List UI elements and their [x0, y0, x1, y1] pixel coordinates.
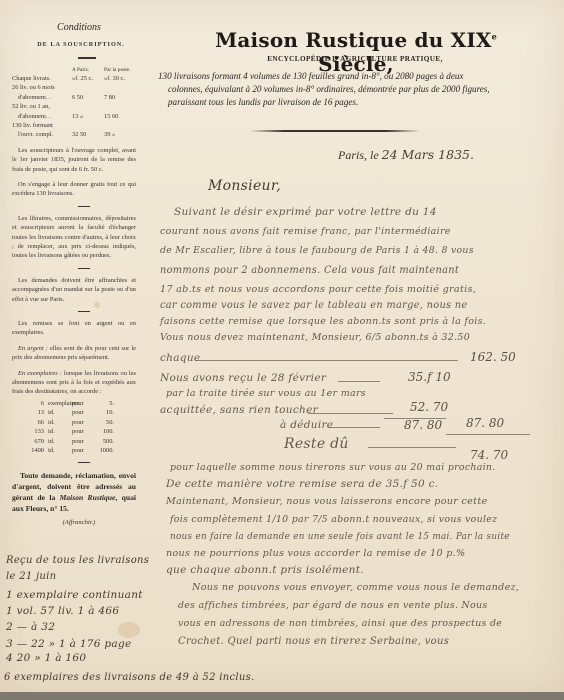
ledger-rule: [308, 413, 393, 414]
price-table: Chaque livrais. »f. 25 c. »f. 30 c. 26 l…: [12, 74, 136, 140]
letter-line: par la traite tirée sur vous au 1er mars: [166, 388, 366, 399]
letter-line: car comme vous le savez par le tableau e…: [160, 300, 468, 311]
letterhead-description: 130 livraisons formant 4 volumes de 130 …: [158, 70, 553, 109]
header-rule: [250, 130, 420, 132]
sum-rule: [446, 434, 530, 435]
letter-line: chaque: [160, 352, 200, 364]
letter-line: nous en faire la demande en une seule fo…: [170, 532, 510, 542]
letter-line: de Mr Escalier, libre à tous le faubourg…: [160, 245, 474, 256]
address-notice: Toute demande, réclamation, envoi d'arge…: [12, 470, 136, 514]
amount-recu: 35.f 10: [408, 370, 451, 384]
amount-reste-du: 74. 70: [470, 448, 508, 462]
letterhead-title: Maison Rustique du XIXe Siècle,: [186, 28, 526, 76]
price-row: 52 liv. ou 1 an,: [12, 102, 136, 111]
letter-line: Crochet. Quel parti nous en tirerez Serb…: [178, 636, 449, 647]
letter-line: Reste dû: [284, 436, 349, 452]
salutation: Monsieur,: [208, 178, 281, 194]
ledger-rule: [196, 360, 458, 361]
table-row: 670id.pour500.: [26, 437, 136, 446]
letter-line: vous en adressons de non timbrées, ainsi…: [178, 618, 502, 629]
ledger-rule: [338, 381, 380, 382]
margin-note-line: le 21 juin: [6, 571, 56, 582]
margin-note-line: 3 — 22 » 1 à 176 page: [6, 638, 132, 650]
margin-note-line: 6 exemplaires des livraisons de 49 à 52 …: [4, 672, 255, 683]
letter-line: acquittée, sans rien toucher: [160, 404, 318, 416]
dateline: Paris, le 24 Mars 1835.: [338, 147, 474, 163]
table-row: 6exemplairespour5.: [26, 399, 136, 408]
subscribers-paragraph: Les souscripteurs à l'ouvrage complet, a…: [12, 146, 136, 174]
price-table-header: A Paris. Par la poste.: [72, 67, 136, 74]
letter-line: nommons pour 2 abonnemens. Cela vous fai…: [160, 265, 459, 276]
letter-line: Nous ne pouvons vous envoyer, comme vous…: [192, 582, 519, 593]
ornament-rule: [78, 57, 96, 59]
margin-note-line: 4 20 » 1 à 160: [6, 652, 86, 664]
requests-paragraph: Les demandes doivent être affranchies et…: [12, 276, 136, 304]
table-row: 13id.pour10.: [26, 408, 136, 417]
letter-line: Suivant le désir exprimé par votre lettr…: [174, 206, 437, 218]
divider: [78, 268, 90, 269]
margin-note-line: Reçu de tous les livraisons: [6, 555, 149, 566]
divider: [78, 462, 90, 463]
divider: [78, 311, 90, 312]
amount-deduire-a: 87. 80: [404, 418, 442, 432]
divider: [78, 206, 90, 207]
booksellers-paragraph: Les libraires, commissionnaires, déposit…: [12, 214, 136, 261]
letter-line: que chaque abonn.t pris isolément.: [166, 564, 364, 576]
price-row: l'ouvr. compl. 32 50 39 »: [12, 130, 136, 139]
price-row: d'abonnem. . 13 » 15 60: [12, 112, 136, 121]
letter-line: pour laquelle somme nous tirerons sur vo…: [170, 462, 496, 473]
letter-line: à déduire: [280, 419, 333, 431]
letter-line: des affiches timbrées, par égard de nous…: [178, 600, 487, 611]
letter-line: 17 ab.ts et nous vous accordons pour cet…: [160, 284, 476, 295]
scan-edge: [0, 692, 564, 700]
amount-traite: 52. 70: [410, 400, 448, 414]
price-row: 130 liv. formant: [12, 121, 136, 130]
paper-stain: [118, 622, 140, 638]
exemplaires-table: 6exemplairespour5. 13id.pour10. 66id.pou…: [26, 399, 136, 455]
amount-chaque: 162. 50: [470, 350, 516, 364]
ledger-rule: [328, 427, 380, 428]
letter-line: faisons cette remise que lorsque les abo…: [160, 316, 486, 327]
letter-line: De cette manière votre remise sera de 35…: [166, 478, 438, 490]
letter-line: fois complètement 1/10 par 7/5 abonn.t n…: [170, 514, 497, 525]
header-paris: A Paris.: [72, 67, 104, 74]
table-row: 66id.pour50.: [26, 418, 136, 427]
free-issues-paragraph: On s'engage à leur donner gratis tout ce…: [12, 180, 136, 199]
margin-note-line: 2 — à 32: [6, 621, 55, 633]
price-row: 26 liv. ou 6 mois: [12, 83, 136, 92]
margin-note-line: 1 vol. 57 liv. 1 à 466: [6, 605, 119, 617]
letterhead-subtitle: ENCYCLOPÉDIE D'AGRICULTURE PRATIQUE,: [190, 55, 520, 63]
letter-line: courant nous avons fait remise franc, pa…: [160, 226, 451, 237]
letter-line: Nous avons reçu le 28 février: [160, 372, 326, 384]
conditions-subtitle: DE LA SOUSCRIPTION.: [26, 40, 136, 49]
letter-line: nous ne pourrions plus vous accorder la …: [166, 548, 465, 559]
header-poste: Par la poste.: [104, 67, 136, 74]
exemplaires-paragraph: En exemplaires : lorsque les livraisons …: [12, 369, 136, 397]
amount-deduire-b: 87. 80: [466, 416, 504, 430]
subscription-conditions: Conditions DE LA SOUSCRIPTION. A Paris. …: [12, 22, 136, 528]
argent-paragraph: En argent : elles sont de dix pour cent …: [12, 344, 136, 363]
ledger-rule: [368, 447, 456, 448]
price-row: Chaque livrais. »f. 25 c. »f. 30 c.: [12, 74, 136, 83]
affranchir-note: (Affranchir.): [22, 518, 136, 527]
price-row: d'abonnem. . 6 50 7 80: [12, 93, 136, 102]
letter-line: Vous nous devez maintenant, Monsieur, 6/…: [160, 332, 470, 343]
table-row: 1400id.pour1000.: [26, 446, 136, 455]
margin-note-line: 1 exemplaire continuant: [6, 589, 143, 601]
remises-paragraph: Les remises se font en argent ou en exem…: [12, 319, 136, 338]
conditions-title: Conditions: [22, 22, 136, 34]
table-row: 133id.pour100.: [26, 427, 136, 436]
letter-line: Maintenant, Monsieur, nous vous laissero…: [166, 496, 487, 507]
